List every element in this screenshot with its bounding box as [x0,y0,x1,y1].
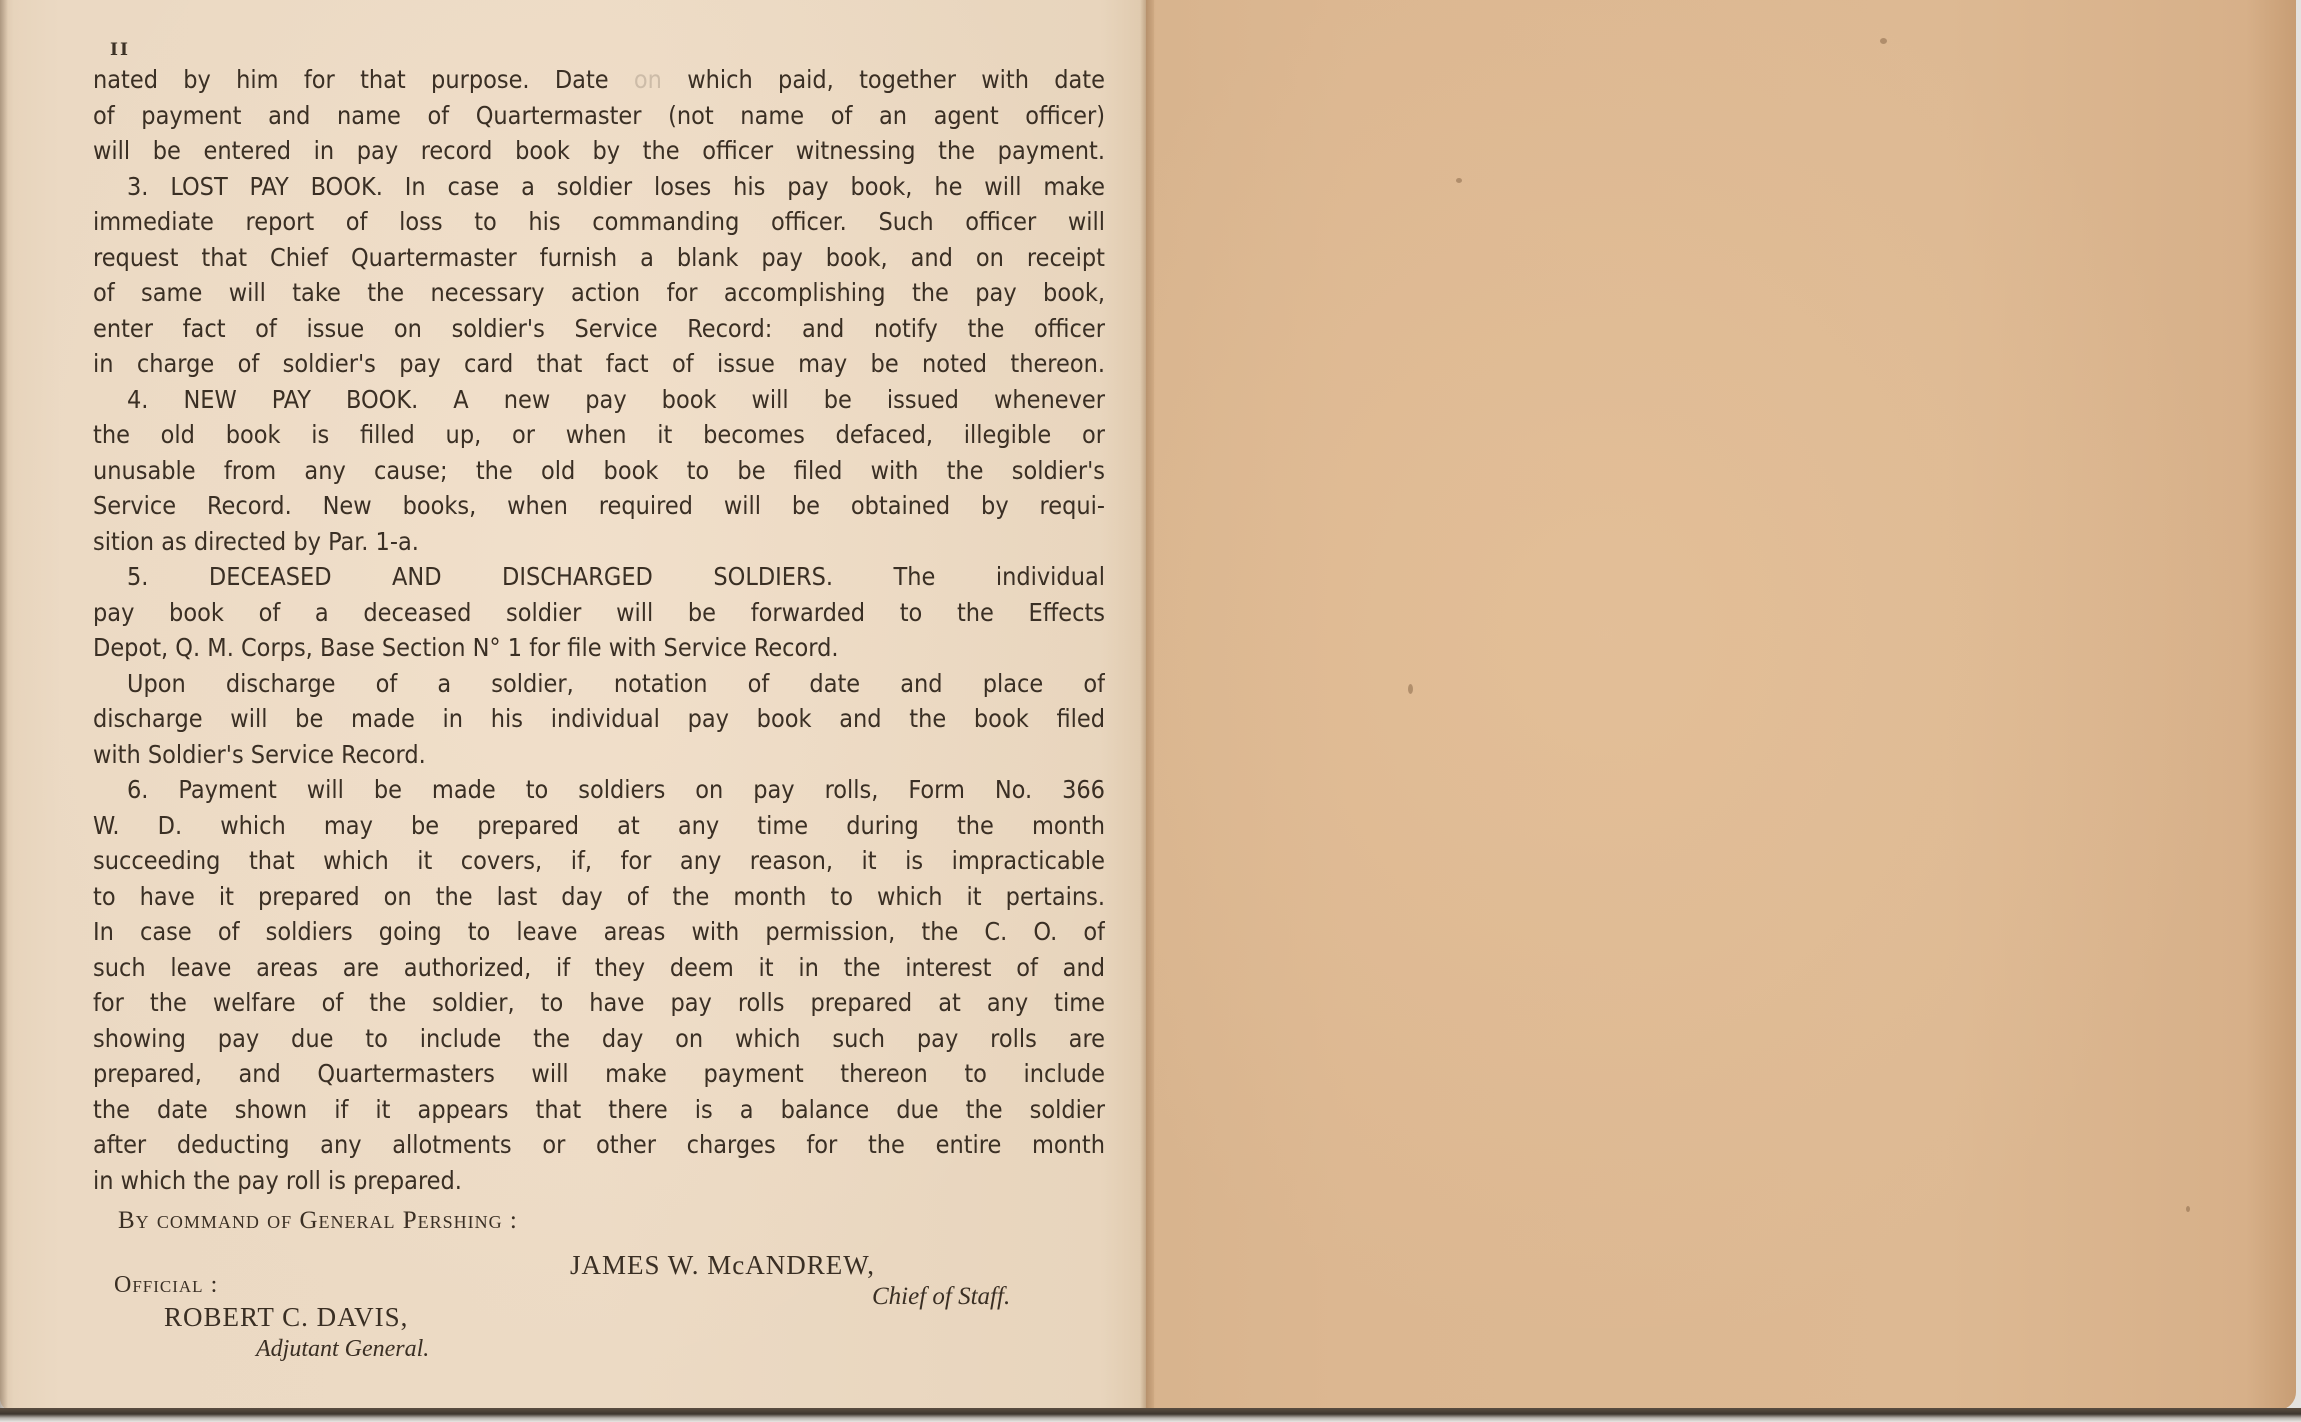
adjutant-general-name: ROBERT C. DAVIS, [164,1302,408,1333]
adjutant-general-title: Adjutant General. [256,1336,429,1363]
text-line: of payment and name of Quartermaster (no… [93,98,1105,134]
text-line: Service Record. New books, when required… [93,488,1105,524]
text-line: to have it prepared on the last day of t… [93,879,1105,915]
text-line: request that Chief Quartermaster furnish… [93,240,1105,276]
book-spread: II nated by him for that purpose. Date o… [0,0,2301,1422]
text-line: immediate report of loss to his commandi… [93,204,1105,240]
text-line: pay book of a deceased soldier will be f… [93,595,1105,631]
chief-of-staff-name: JAMES W. McANDREW, [570,1250,875,1281]
text-line: after deducting any allotments or other … [93,1127,1105,1163]
text-line: succeeding that which it covers, if, for… [93,843,1105,879]
text-line: discharge will be made in his individual… [93,701,1105,737]
text-line: W. D. which may be prepared at any time … [93,808,1105,844]
section-4-heading-line: 4. NEW PAY BOOK. A new pay book will be … [93,382,1105,418]
regulations-text: nated by him for that purpose. Date on w… [93,62,1105,1198]
chief-of-staff-title: Chief of Staff. [872,1283,1010,1311]
left-page: II nated by him for that purpose. Date o… [0,0,1146,1412]
paper-speck [1880,38,1887,44]
page-edge-shadow [0,0,8,1412]
text-line: the old book is filled up, or when it be… [93,417,1105,453]
text-line: will be entered in pay record book by th… [93,133,1105,169]
right-page-blank [1146,0,2296,1410]
book-bottom-edge [0,1408,2301,1422]
page-number: II [110,40,130,60]
text-line: for the welfare of the soldier, to have … [93,985,1105,1021]
text-line: in charge of soldier's pay card that fac… [93,346,1105,382]
text-line: the date shown if it appears that there … [93,1092,1105,1128]
paper-speck [2186,1206,2190,1212]
book-gutter [1140,0,1154,1412]
text-line: Upon discharge of a soldier, notation of… [93,666,1105,702]
section-6-heading-line: 6. Payment will be made to soldiers on p… [93,772,1105,808]
text-line: with Soldier's Service Record. [93,737,1105,773]
text-line: in which the pay roll is prepared. [93,1163,1105,1199]
text-line: Depot, Q. M. Corps, Base Section N° 1 fo… [93,630,1105,666]
paper-speck [1456,178,1462,183]
text-line: enter fact of issue on soldier's Service… [93,311,1105,347]
section-5-heading-line: 5. DECEASED AND DISCHARGED SOLDIERS. The… [93,559,1105,595]
text-line: unusable from any cause; the old book to… [93,453,1105,489]
by-command-line: By command of General Pershing : [118,1207,518,1235]
section-3-heading-line: 3. LOST PAY BOOK. In case a soldier lose… [93,169,1105,205]
text-line: sition as directed by Par. 1-a. [93,524,1105,560]
text-line: In case of soldiers going to leave areas… [93,914,1105,950]
official-label: Official : [114,1272,218,1299]
text-line: such leave areas are authorized, if they… [93,950,1105,986]
text-line: prepared, and Quartermasters will make p… [93,1056,1105,1092]
text-line: showing pay due to include the day on wh… [93,1021,1105,1057]
paper-speck [1408,684,1413,694]
text-line: of same will take the necessary action f… [93,275,1105,311]
text-line: nated by him for that purpose. Date on w… [93,62,1105,98]
